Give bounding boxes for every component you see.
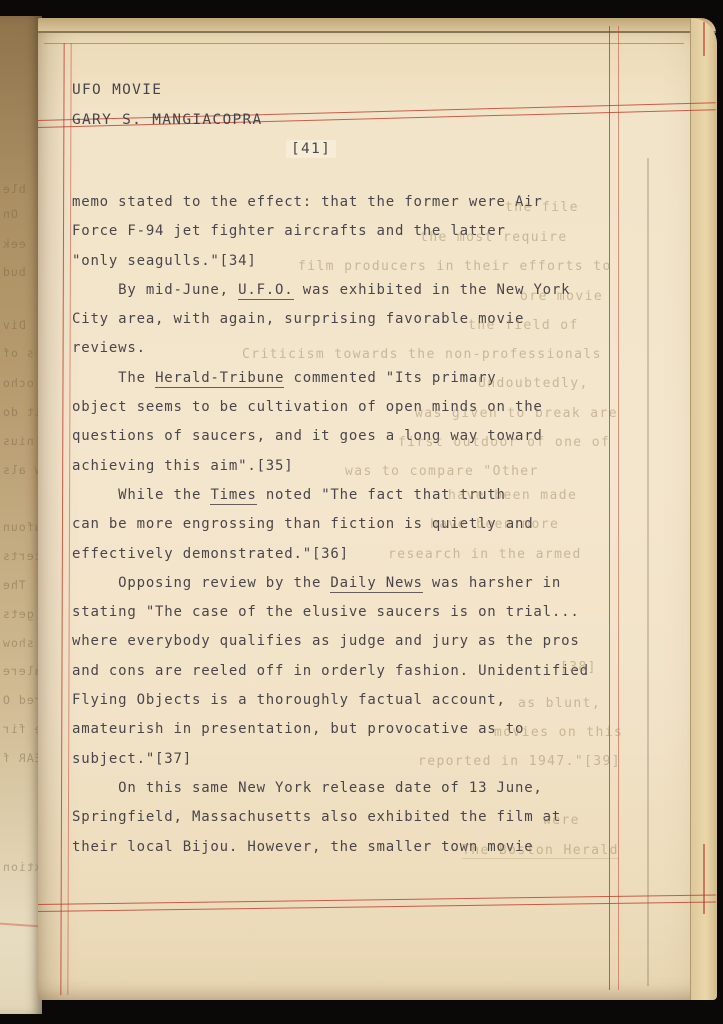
typewritten-line: Flying Objects is a thoroughly factual a… — [72, 686, 637, 715]
typewritten-line: reviews. — [72, 334, 637, 363]
mirrored-ghost-text-fragment: red O — [2, 693, 42, 707]
page-number: [41] — [286, 140, 336, 158]
typewritten-line: effectively demonstrated."[36] — [72, 540, 637, 569]
typewritten-line: memo stated to the effect: that the form… — [72, 188, 637, 217]
mirrored-ghost-text-fragment: EAR f — [2, 751, 42, 765]
mirrored-ghost-text-fragment: bud — [2, 265, 26, 279]
page-stack-fore-edge — [690, 18, 717, 1000]
underlying-page-rule-bottom — [703, 844, 705, 914]
typewritten-line: and cons are reeled off in orderly fashi… — [72, 657, 637, 686]
mirrored-ghost-text-fragment: The — [2, 578, 26, 592]
mirrored-ghost-text-fragment: e fir — [2, 722, 42, 736]
mirrored-ghost-text-fragment: Div — [2, 318, 26, 332]
mirrored-ghost-text-fragment: eek — [2, 237, 26, 251]
mirrored-ghost-text-fragment: ufoun — [2, 520, 42, 534]
facing-page-margin-rule — [0, 923, 40, 927]
underlined-text: U.F.O. — [238, 282, 293, 300]
mirrored-ghost-text-fragment: s of — [2, 346, 34, 360]
typewritten-line: achieving this aim".[35] — [72, 452, 637, 481]
typewritten-line: While the Times noted "The fact that tru… — [72, 481, 637, 510]
page-stack-top-edge — [38, 18, 716, 33]
typewritten-line: object seems to be cultivation of open m… — [72, 393, 637, 422]
typewritten-line: can be more engrossing than fiction is q… — [72, 510, 637, 539]
typewritten-line: where everybody qualifies as judge and j… — [72, 627, 637, 656]
mirrored-ghost-text-fragment: show — [2, 636, 34, 650]
typewritten-line: By mid-June, U.F.O. was exhibited in the… — [72, 276, 637, 305]
mirrored-ghost-text-fragment: ocho — [2, 376, 34, 390]
typewritten-line: On this same New York release date of 13… — [72, 774, 637, 803]
typewritten-line: questions of saucers, and it goes a long… — [72, 422, 637, 451]
typewritten-line: amateurish in presentation, but provocat… — [72, 715, 637, 744]
typewritten-body: memo stated to the effect: that the form… — [72, 188, 637, 862]
typewritten-line: Springfield, Massachusetts also exhibite… — [72, 803, 637, 832]
typewritten-line: their local Bijou. However, the smaller … — [72, 833, 637, 862]
underlined-text: Daily News — [330, 575, 422, 593]
underlying-page-rule-top — [703, 22, 705, 56]
underlined-text: Herald-Tribune — [155, 370, 284, 388]
underlined-text: Times — [210, 487, 256, 505]
running-head-author: GARY S. MANGIACOPRA — [72, 112, 263, 128]
typewritten-line: The Herald-Tribune commented "Its primar… — [72, 364, 637, 393]
running-head-title: UFO MOVIE — [72, 82, 162, 98]
mirrored-ghost-text-fragment: certs — [2, 549, 42, 563]
document-page: UFO MOVIE GARY S. MANGIACOPRA [41] memo … — [38, 18, 716, 1000]
red-rule-top — [44, 43, 684, 44]
typewritten-line: Opposing review by the Daily News was ha… — [72, 569, 637, 598]
typewritten-line: stating "The case of the elusive saucers… — [72, 598, 637, 627]
typewritten-line: City area, with again, surprising favora… — [72, 305, 637, 334]
underlying-page-edge-line — [647, 158, 649, 986]
mirrored-ghost-text-fragment: alere — [2, 664, 42, 678]
mirrored-ghost-text-fragment: nius — [2, 434, 34, 448]
typewritten-line: "only seagulls."[34] — [72, 247, 637, 276]
facing-page-edge: bleOneekbudDivs ofochoit doniusw alsufou… — [0, 16, 42, 1014]
typewritten-line: Force F-94 jet fighter aircrafts and the… — [72, 217, 637, 246]
mirrored-ghost-text-fragment: gets — [2, 607, 34, 621]
mirrored-ghost-text-fragment: ble — [2, 182, 26, 196]
mirrored-ghost-text-fragment: ktion — [2, 860, 42, 874]
typewritten-line: subject."[37] — [72, 745, 637, 774]
mirrored-ghost-text-fragment: On — [2, 207, 18, 221]
mirrored-ghost-text-fragment: w als — [2, 463, 42, 477]
photo-background: bleOneekbudDivs ofochoit doniusw alsufou… — [0, 0, 723, 1024]
red-rule-left-a — [60, 43, 65, 995]
mirrored-ghost-text-fragment: it do — [2, 405, 42, 419]
